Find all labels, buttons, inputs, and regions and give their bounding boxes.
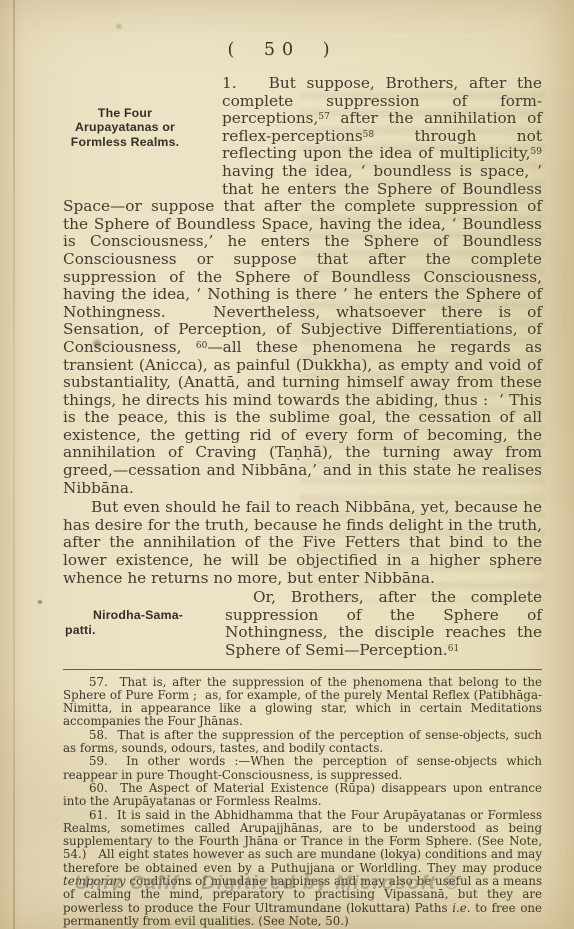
footnote-60: 60. The Aspect of Material Existence (Rū… bbox=[63, 782, 542, 809]
sidenote-label: Nirodha-Sama-patti. bbox=[65, 608, 189, 637]
sidenote-nirodha: Nirodha-Sama-patti. bbox=[63, 607, 225, 643]
sidenote-label: The Four Arupayatanas or Formless Realms… bbox=[67, 106, 183, 149]
footnote-59: 59. In other words :—When the perception… bbox=[63, 755, 542, 782]
footnote-58: 58. That is after the suppression of the… bbox=[63, 729, 542, 756]
page-number: ( 50 ) bbox=[0, 40, 564, 60]
paragraph-text: But even should he fail to reach Nibbāna… bbox=[63, 498, 542, 586]
page-content: The Four Arupayatanas or Formless Realms… bbox=[63, 75, 542, 928]
foxing-spot bbox=[38, 600, 42, 604]
paragraph-five-fetters: But even should he fail to reach Nibbāna… bbox=[63, 499, 542, 587]
paragraph-arupayatanas: The Four Arupayatanas or Formless Realms… bbox=[63, 75, 542, 497]
book-page: ( 50 ) The Four Arupayatanas or Formless… bbox=[0, 0, 574, 929]
footnote-separator bbox=[63, 669, 542, 670]
paragraph-nirodha: Nirodha-Sama-patti.Or, Brothers, after t… bbox=[63, 589, 542, 659]
page-gutter-crease bbox=[13, 0, 15, 929]
foxing-spot bbox=[116, 24, 122, 29]
footnote-57: 57. That is, after the suppression of th… bbox=[63, 676, 542, 729]
sidenote-arupayatanas: The Four Arupayatanas or Formless Realms… bbox=[63, 93, 222, 181]
footnote-61: 61. It is said in the Abhidhamma that th… bbox=[63, 809, 542, 929]
paragraph-text: Or, Brothers, after the complete suppres… bbox=[225, 588, 542, 659]
